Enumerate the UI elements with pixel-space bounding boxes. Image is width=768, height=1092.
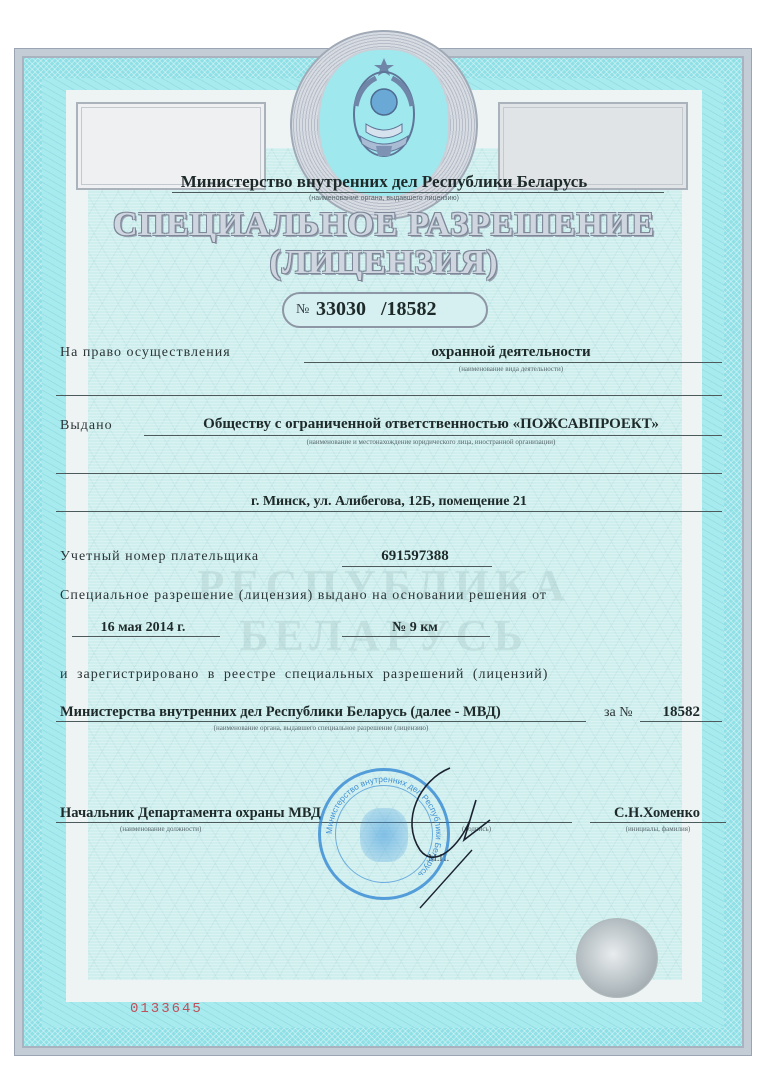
taxpayer-label: Учетный номер плательщика — [60, 549, 259, 565]
registry-authority: Министерства внутренних дел Республики Б… — [60, 704, 501, 721]
issuer-hint: (наименование органа, выдавшего лицензию… — [0, 195, 768, 202]
activity-underline — [304, 362, 722, 363]
registry-number: /18582 — [381, 298, 437, 321]
taxpayer-number: 691597388 — [338, 548, 492, 565]
hologram-sticker-icon — [576, 918, 658, 998]
licensee-address: г. Минск, ул. Алибегова, 12Б, помещение … — [56, 494, 722, 510]
licensee-hint: (наименование и местонахождение юридичес… — [140, 438, 722, 446]
document-title: СПЕЦИАЛЬНОЕ РАЗРЕШЕНИЕ — [0, 206, 768, 244]
activity-hint: (наименование вида деятельности) — [300, 365, 722, 373]
decision-number-underline — [342, 636, 490, 637]
registry-number-label: за № — [604, 705, 633, 721]
name-hint: (инициалы, фамилия) — [590, 825, 726, 833]
registry-authority-underline — [56, 721, 586, 722]
belarus-coat-of-arms-icon — [346, 56, 422, 168]
issued-to-label: Выдано — [60, 418, 113, 434]
signatory-name: С.Н.Хоменко — [594, 805, 720, 822]
licensee-extra-line — [56, 473, 722, 474]
handwritten-signature-icon — [380, 760, 500, 910]
license-number: 33030 — [316, 298, 366, 321]
decision-date-underline — [72, 636, 220, 637]
licensee-underline — [144, 435, 722, 436]
position-hint: (наименование должности) — [120, 825, 201, 833]
issuer-name: Министерство внутренних дел Республики Б… — [0, 172, 768, 192]
registry-number-underline — [640, 721, 722, 722]
document-subtitle: (ЛИЦЕНЗИЯ) — [0, 244, 768, 282]
activity-extra-line — [56, 395, 722, 396]
licensee-name: Обществу с ограниченной ответственностью… — [140, 416, 722, 433]
registry-authority-hint: (наименование органа, выдавшего специаль… — [56, 724, 586, 732]
address-underline — [56, 511, 722, 512]
taxpayer-underline — [342, 566, 492, 567]
signatory-position: Начальник Департамента охраны МВД — [60, 805, 321, 822]
decision-date: 16 мая 2014 г. — [68, 620, 218, 636]
activity-label: На право осуществления — [60, 345, 231, 361]
signatory-name-underline — [590, 822, 726, 823]
registry-label: и зарегистрировано в реестре специальных… — [60, 667, 548, 683]
number-sign: № — [296, 302, 309, 318]
activity-value: охранной деятельности — [300, 344, 722, 361]
issuer-underline — [172, 192, 664, 193]
decision-label: Специальное разрешение (лицензия) выдано… — [60, 588, 547, 604]
serial-number: 0133645 — [130, 1001, 203, 1017]
registry-number: 18582 — [640, 704, 700, 721]
decision-number: № 9 км — [340, 620, 490, 636]
